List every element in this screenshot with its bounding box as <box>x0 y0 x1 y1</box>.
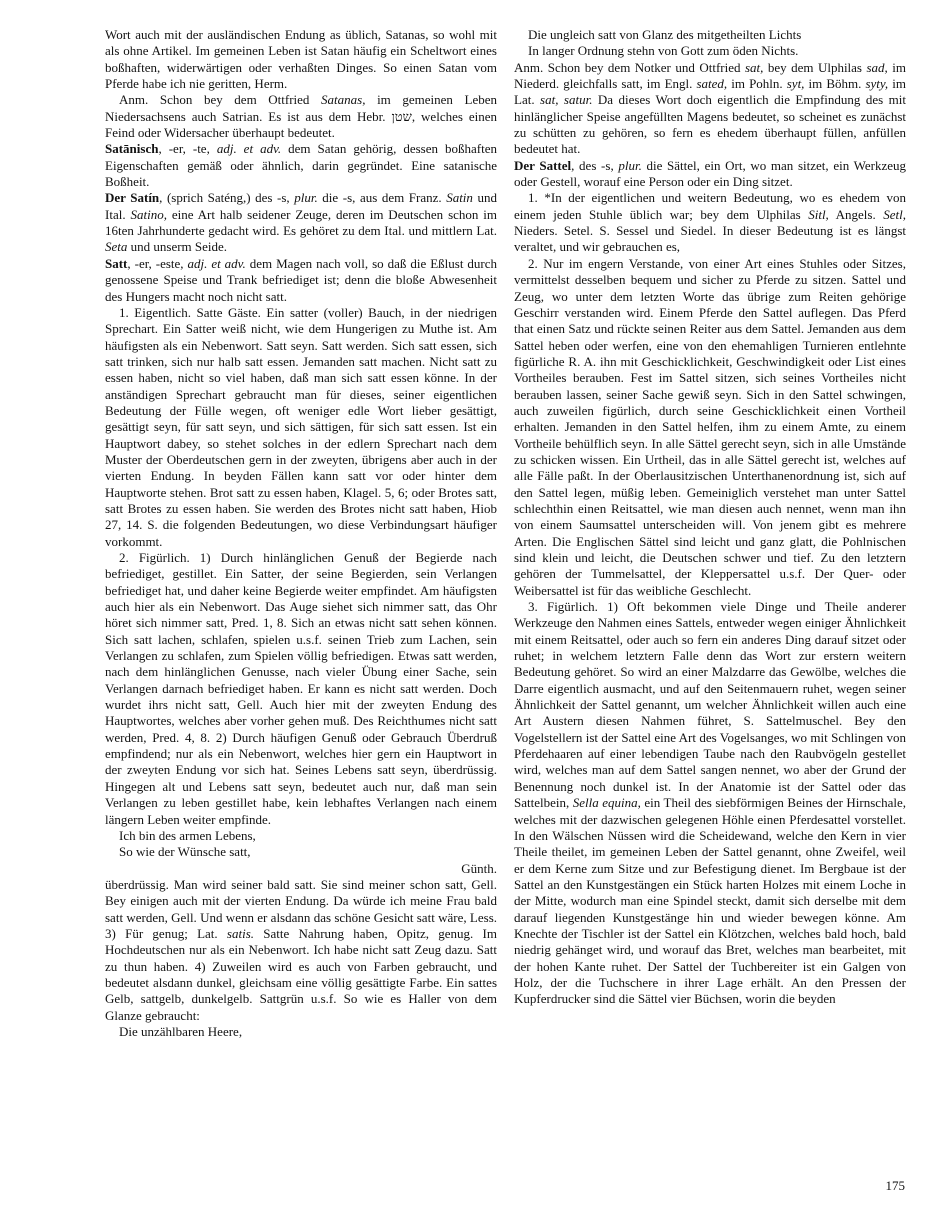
text-run: sat, <box>745 60 763 75</box>
text-run: Setl, <box>883 207 906 222</box>
text-run: adj. et adv. <box>217 141 281 156</box>
text-run: , des -s, <box>571 158 618 173</box>
text-run: syty, <box>865 76 888 91</box>
paragraph: 2. Figürlich. 1) Durch hinlänglichen Gen… <box>105 550 497 828</box>
verse-line: Die unzählbaren Heere, <box>105 1024 497 1040</box>
verse-line: Die ungleich satt von Glanz des mitgethe… <box>514 27 906 43</box>
paragraph: 1. *In der eigentlichen und weitern Bede… <box>514 190 906 255</box>
right-column: Die ungleich satt von Glanz des mitgethe… <box>514 27 906 1040</box>
verse-line: Ich bin des armen Lebens, <box>105 828 497 844</box>
text-run: 3. Figürlich. 1) Oft bekommen viele Ding… <box>514 599 906 810</box>
dictionary-page: Wort auch mit der ausländischen Endung a… <box>0 0 935 1210</box>
text-run: adj. et adv. <box>188 256 246 271</box>
text-run: Seta <box>105 239 127 254</box>
text-run: 2. Nur im engern Verstande, von einer Ar… <box>514 256 906 598</box>
left-column: Wort auch mit der ausländischen Endung a… <box>105 27 497 1040</box>
text-run: Die unzählbaren Heere, <box>119 1024 242 1039</box>
verse-line: In langer Ordnung stehn von Gott zum öde… <box>514 43 906 59</box>
paragraph: Anm. Schon bey dem Notker und Ottfried s… <box>514 60 906 158</box>
text-run: In langer Ordnung stehn von Gott zum öde… <box>528 43 798 58</box>
entry-paragraph: Der Sattel, des -s, plur. die Sättel, ei… <box>514 158 906 191</box>
page-number: 175 <box>886 1178 906 1194</box>
headword: Satt <box>105 256 127 271</box>
text-run: sated, <box>696 76 727 91</box>
text-run: Sitl, <box>808 207 829 222</box>
text-run: Die ungleich satt von Glanz des mitgethe… <box>528 27 801 42</box>
text-run: ein Theil des siebförmigen Beines der Hi… <box>514 795 906 1006</box>
text-run: sat, satur. <box>540 92 592 107</box>
two-column-text-area: Wort auch mit der ausländischen Endung a… <box>105 27 905 1040</box>
text-run: So wie der Wünsche satt, <box>119 844 251 859</box>
text-run: und unserm Seide. <box>127 239 227 254</box>
paragraph: 1. Eigentlich. Satte Gäste. Ein satter (… <box>105 305 497 550</box>
text-run: die -s, aus dem Franz. <box>318 190 446 205</box>
paragraph: 3. Figürlich. 1) Oft bekommen viele Ding… <box>514 599 906 1008</box>
text-run: Wort auch mit der ausländischen Endung a… <box>105 27 497 91</box>
text-run: plur. <box>294 190 317 205</box>
text-run: Anm. Schon bey dem Ottfried <box>119 92 321 107</box>
text-run: , -er, -te, <box>158 141 216 156</box>
entry-paragraph: Der Satín, (sprich Saténg,) des -s, plur… <box>105 190 497 255</box>
paragraph: überdrüssig. Man wird seiner bald satt. … <box>105 877 497 1024</box>
text-run: , -er, -este, <box>127 256 187 271</box>
text-run: im Pohln. <box>727 76 787 91</box>
text-run: Satanas, <box>321 92 365 107</box>
verse-line: So wie der Wünsche satt, <box>105 844 497 860</box>
headword: Der Sattel <box>514 158 571 173</box>
text-run: Angels. <box>829 207 883 222</box>
text-run: Nieders. Setel. S. Sessel und Siedel. In… <box>514 223 906 254</box>
text-run: sad, <box>866 60 887 75</box>
paragraph: Anm. Schon bey dem Ottfried Satanas, im … <box>105 92 497 141</box>
entry-paragraph: Satānisch, -er, -te, adj. et adv. dem Sa… <box>105 141 497 190</box>
paragraph: 2. Nur im engern Verstande, von einer Ar… <box>514 256 906 599</box>
text-run: bey dem Ulphilas <box>763 60 866 75</box>
text-run: im Böhm. <box>804 76 865 91</box>
text-run: 2. Figürlich. 1) Durch hinlänglichen Gen… <box>105 550 497 827</box>
paragraph: Wort auch mit der ausländischen Endung a… <box>105 27 497 92</box>
citation-attribution: Günth. <box>105 861 497 877</box>
text-run: syt, <box>787 76 805 91</box>
text-run: satis. <box>227 926 254 941</box>
text-run: 1. Eigentlich. Satte Gäste. Ein satter (… <box>105 305 497 549</box>
headword: Der Satín <box>105 190 159 205</box>
text-run: Günth. <box>461 861 497 876</box>
text-run: Anm. Schon bey dem Notker und Ottfried <box>514 60 745 75</box>
entry-paragraph: Satt, -er, -este, adj. et adv. dem Magen… <box>105 256 497 305</box>
text-run: plur. <box>618 158 641 173</box>
text-run: Satin <box>446 190 473 205</box>
text-run: Sella equina, <box>573 795 641 810</box>
text-run: Ich bin des armen Lebens, <box>119 828 256 843</box>
text-run: Satino, <box>130 207 166 222</box>
headword: Satānisch <box>105 141 158 156</box>
text-run: , (sprich Saténg,) des -s, <box>159 190 294 205</box>
